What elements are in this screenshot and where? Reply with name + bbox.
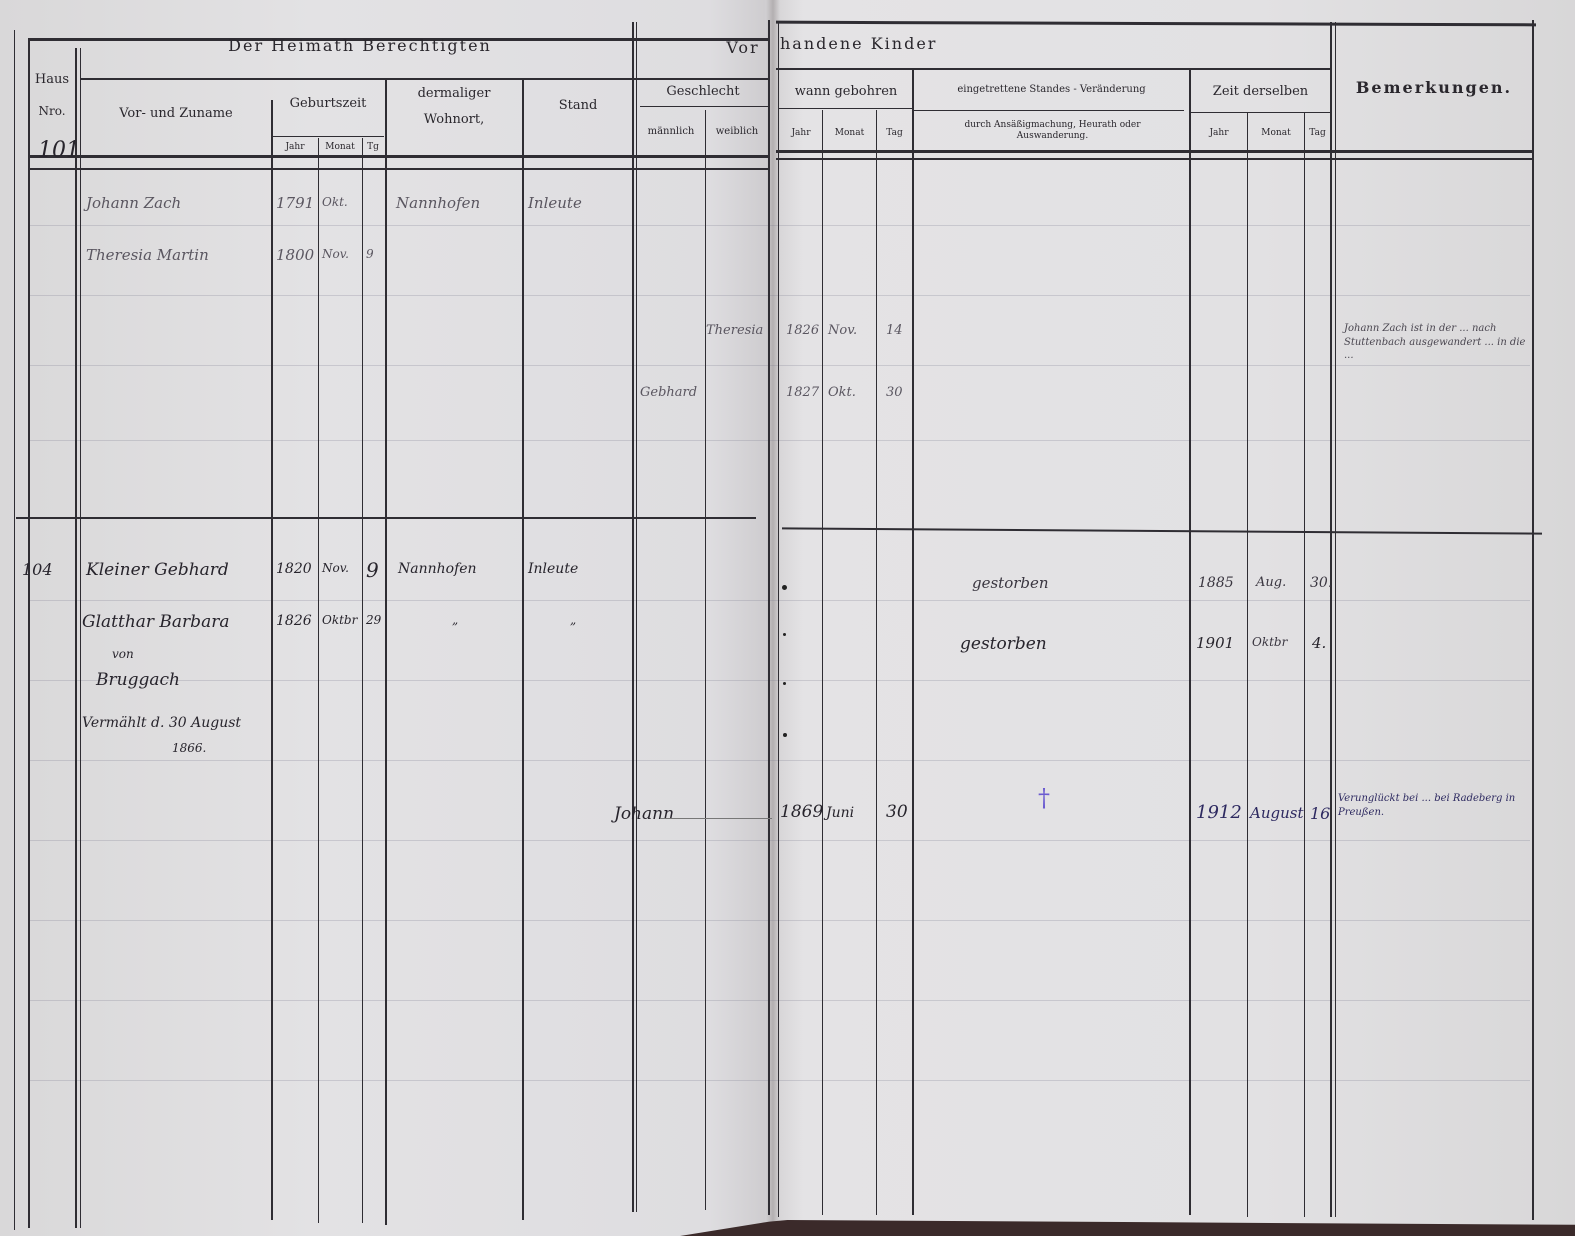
col-line-birth (385, 80, 387, 1225)
child-death-year: 1912 (1196, 804, 1242, 822)
marriage-note: Vermählt d. 30 August (82, 716, 241, 730)
header-residence-1: dermaliger (387, 86, 521, 102)
frame-right (1532, 20, 1534, 1220)
rule (30, 295, 1530, 296)
header-haus: Haus (30, 72, 74, 88)
title-row-line-right (776, 68, 1332, 70)
person-name: Johann Zach (86, 196, 181, 211)
entry-separator-right (782, 527, 1542, 534)
person-birth-year: 1820 (276, 562, 312, 576)
section-title-heimath: Der Heimath Berechtigten (210, 36, 510, 55)
col-line-status-2 (636, 22, 637, 1212)
person-birth-year: 1826 (276, 614, 312, 628)
header-status-change-sub: durch Ansäßigmachung, Heurath oder Auswa… (930, 120, 1175, 142)
col-line-right-start (778, 22, 779, 1217)
book-edge-shadow (680, 1220, 1575, 1236)
rule (30, 440, 1530, 441)
child-birth-year: 1869 (780, 804, 823, 821)
header-time-month: Monat (1248, 128, 1304, 139)
header-residence-2: Wohnort, (387, 112, 521, 128)
ink-dot (783, 633, 786, 636)
rule (30, 680, 1530, 681)
child-name-male: Gebhard (640, 386, 697, 399)
person-birth-day: 9 (366, 560, 379, 580)
gender-subline (640, 106, 768, 107)
header-birth-time: Geburtszeit (272, 96, 384, 112)
person-birth-month: Oktbr (322, 614, 357, 626)
child-death-day: 16 (1310, 806, 1330, 822)
header-bottom-left-2 (28, 168, 768, 170)
header-nro: Nro. (30, 104, 74, 118)
col-line-name (271, 100, 273, 1220)
header-born-day: Tag (877, 128, 912, 139)
person-name: Kleiner Gebhard (86, 562, 229, 579)
change-subline (914, 110, 1184, 111)
person-residence: Nannhofen (398, 562, 477, 576)
person-birth-month: Okt. (322, 196, 348, 208)
child-name-underline (660, 818, 772, 819)
ditto-status: „ (570, 614, 576, 626)
header-birth-year: Jahr (272, 142, 318, 153)
child-birth-day: 30 (886, 386, 903, 399)
rule (30, 365, 1530, 366)
header-bottom-left (28, 155, 768, 158)
person-birth-month: Nov. (322, 248, 349, 260)
section-title-vor: Vor (718, 38, 768, 57)
status-change-text: gestorben (960, 636, 1047, 653)
person-origin-prefix: von (112, 648, 134, 660)
title-row-line-left (80, 78, 768, 80)
col-line-time-2 (1335, 22, 1336, 1217)
col-line-time-year (1247, 112, 1248, 1217)
header-birth-day: Tg (362, 142, 384, 153)
status-change-day: 4. (1312, 636, 1326, 651)
entry-remarks: Johann Zach ist in der ... nach Stuttenb… (1344, 322, 1530, 363)
header-male: männlich (638, 126, 704, 138)
person-birth-month: Nov. (322, 562, 349, 574)
rule (30, 920, 1530, 921)
col-line-born (912, 70, 914, 1215)
col-line-residence (522, 80, 524, 1220)
col-line-haus (75, 48, 77, 1228)
born-subline (778, 108, 912, 109)
section-title-kinder: handene Kinder (780, 34, 940, 53)
child-death-month: August (1250, 806, 1303, 821)
header-gender: Geschlecht (638, 84, 768, 100)
rule (30, 1000, 1530, 1001)
status-change-year: 1901 (1196, 636, 1234, 651)
child-name-male: Johann (614, 806, 674, 823)
person-origin-place: Bruggach (96, 672, 180, 689)
child-remarks: Verunglückt bei ... bei Radeberg in Preu… (1338, 792, 1532, 819)
header-bottom-right-2 (776, 158, 1532, 160)
person-name: Glatthar Barbara (82, 614, 229, 631)
col-line-status (632, 22, 634, 1212)
col-line-change (1189, 70, 1191, 1215)
col-line-time (1330, 22, 1332, 1217)
rule (30, 600, 1530, 601)
ink-dot (783, 733, 787, 737)
header-time-year: Jahr (1191, 128, 1247, 139)
person-name: Theresia Martin (86, 248, 209, 263)
status-change-month: Oktbr (1252, 636, 1287, 648)
child-birth-month: Juni (826, 806, 854, 820)
status-change-year: 1885 (1198, 576, 1234, 590)
child-birth-month: Okt. (828, 386, 856, 399)
rule (30, 225, 1530, 226)
header-remarks: Bemerkungen. (1338, 78, 1530, 97)
frame-top-right (776, 21, 1536, 27)
col-line-time-month (1304, 112, 1305, 1217)
person-residence: Nannhofen (396, 196, 480, 211)
header-female: weiblich (706, 126, 768, 138)
header-born-when: wann gebohren (780, 84, 912, 100)
header-name: Vor- und Zuname (82, 106, 270, 122)
col-line-left-edge (768, 20, 770, 1215)
ditto-residence: „ (452, 614, 458, 626)
child-birth-month: Nov. (828, 324, 857, 337)
status-change-text: gestorben (972, 576, 1049, 591)
col-line-gender (705, 110, 706, 1210)
header-status: Stand (524, 98, 632, 114)
col-line-born-month (876, 110, 877, 1215)
status-change-day: 30. (1310, 576, 1332, 590)
col-line-born-year (822, 110, 823, 1215)
header-status-change: eingetrettene Standes - Veränderung (914, 84, 1189, 96)
person-birth-day: 9 (366, 248, 374, 260)
child-birth-day: 14 (886, 324, 903, 337)
child-name-female: Theresia (706, 324, 763, 337)
person-birth-day: 29 (366, 614, 381, 626)
person-status: Inleute (528, 196, 582, 211)
person-birth-year: 1800 (276, 248, 314, 263)
child-birth-day: 30 (886, 804, 908, 821)
header-bottom-right (776, 150, 1532, 153)
header-birth-month: Monat (318, 142, 362, 153)
ink-dot (783, 682, 786, 685)
col-line-month (362, 138, 363, 1223)
header-born-month: Monat (823, 128, 876, 139)
entry-haus-nro: 104 (22, 562, 53, 578)
child-birth-year: 1826 (786, 324, 819, 337)
ledger-spread: Der Heimath Berechtigten Vor Haus Nro. V… (0, 0, 1575, 1236)
rule (30, 1080, 1530, 1081)
marriage-year: 1866. (172, 742, 206, 754)
time-subline (1190, 112, 1330, 113)
birth-subline (272, 136, 384, 137)
header-time-of: Zeit derselben (1191, 84, 1330, 100)
person-status: Inleute (528, 562, 578, 576)
col-line-year (318, 138, 319, 1223)
person-birth-year: 1791 (276, 196, 314, 211)
col-line-haus-2 (80, 48, 81, 1228)
header-time-day: Tag (1305, 128, 1330, 139)
child-birth-year: 1827 (786, 386, 819, 399)
frame-left (28, 38, 30, 1228)
frame-left-outer (14, 30, 15, 1230)
header-born-year: Jahr (780, 128, 822, 139)
death-cross-icon: † (1038, 786, 1050, 810)
status-change-month: Aug. (1256, 576, 1286, 589)
ink-dot (782, 585, 787, 590)
entry-haus-nro: 101 (38, 140, 80, 162)
rule (30, 840, 1530, 841)
rule (30, 760, 1530, 761)
